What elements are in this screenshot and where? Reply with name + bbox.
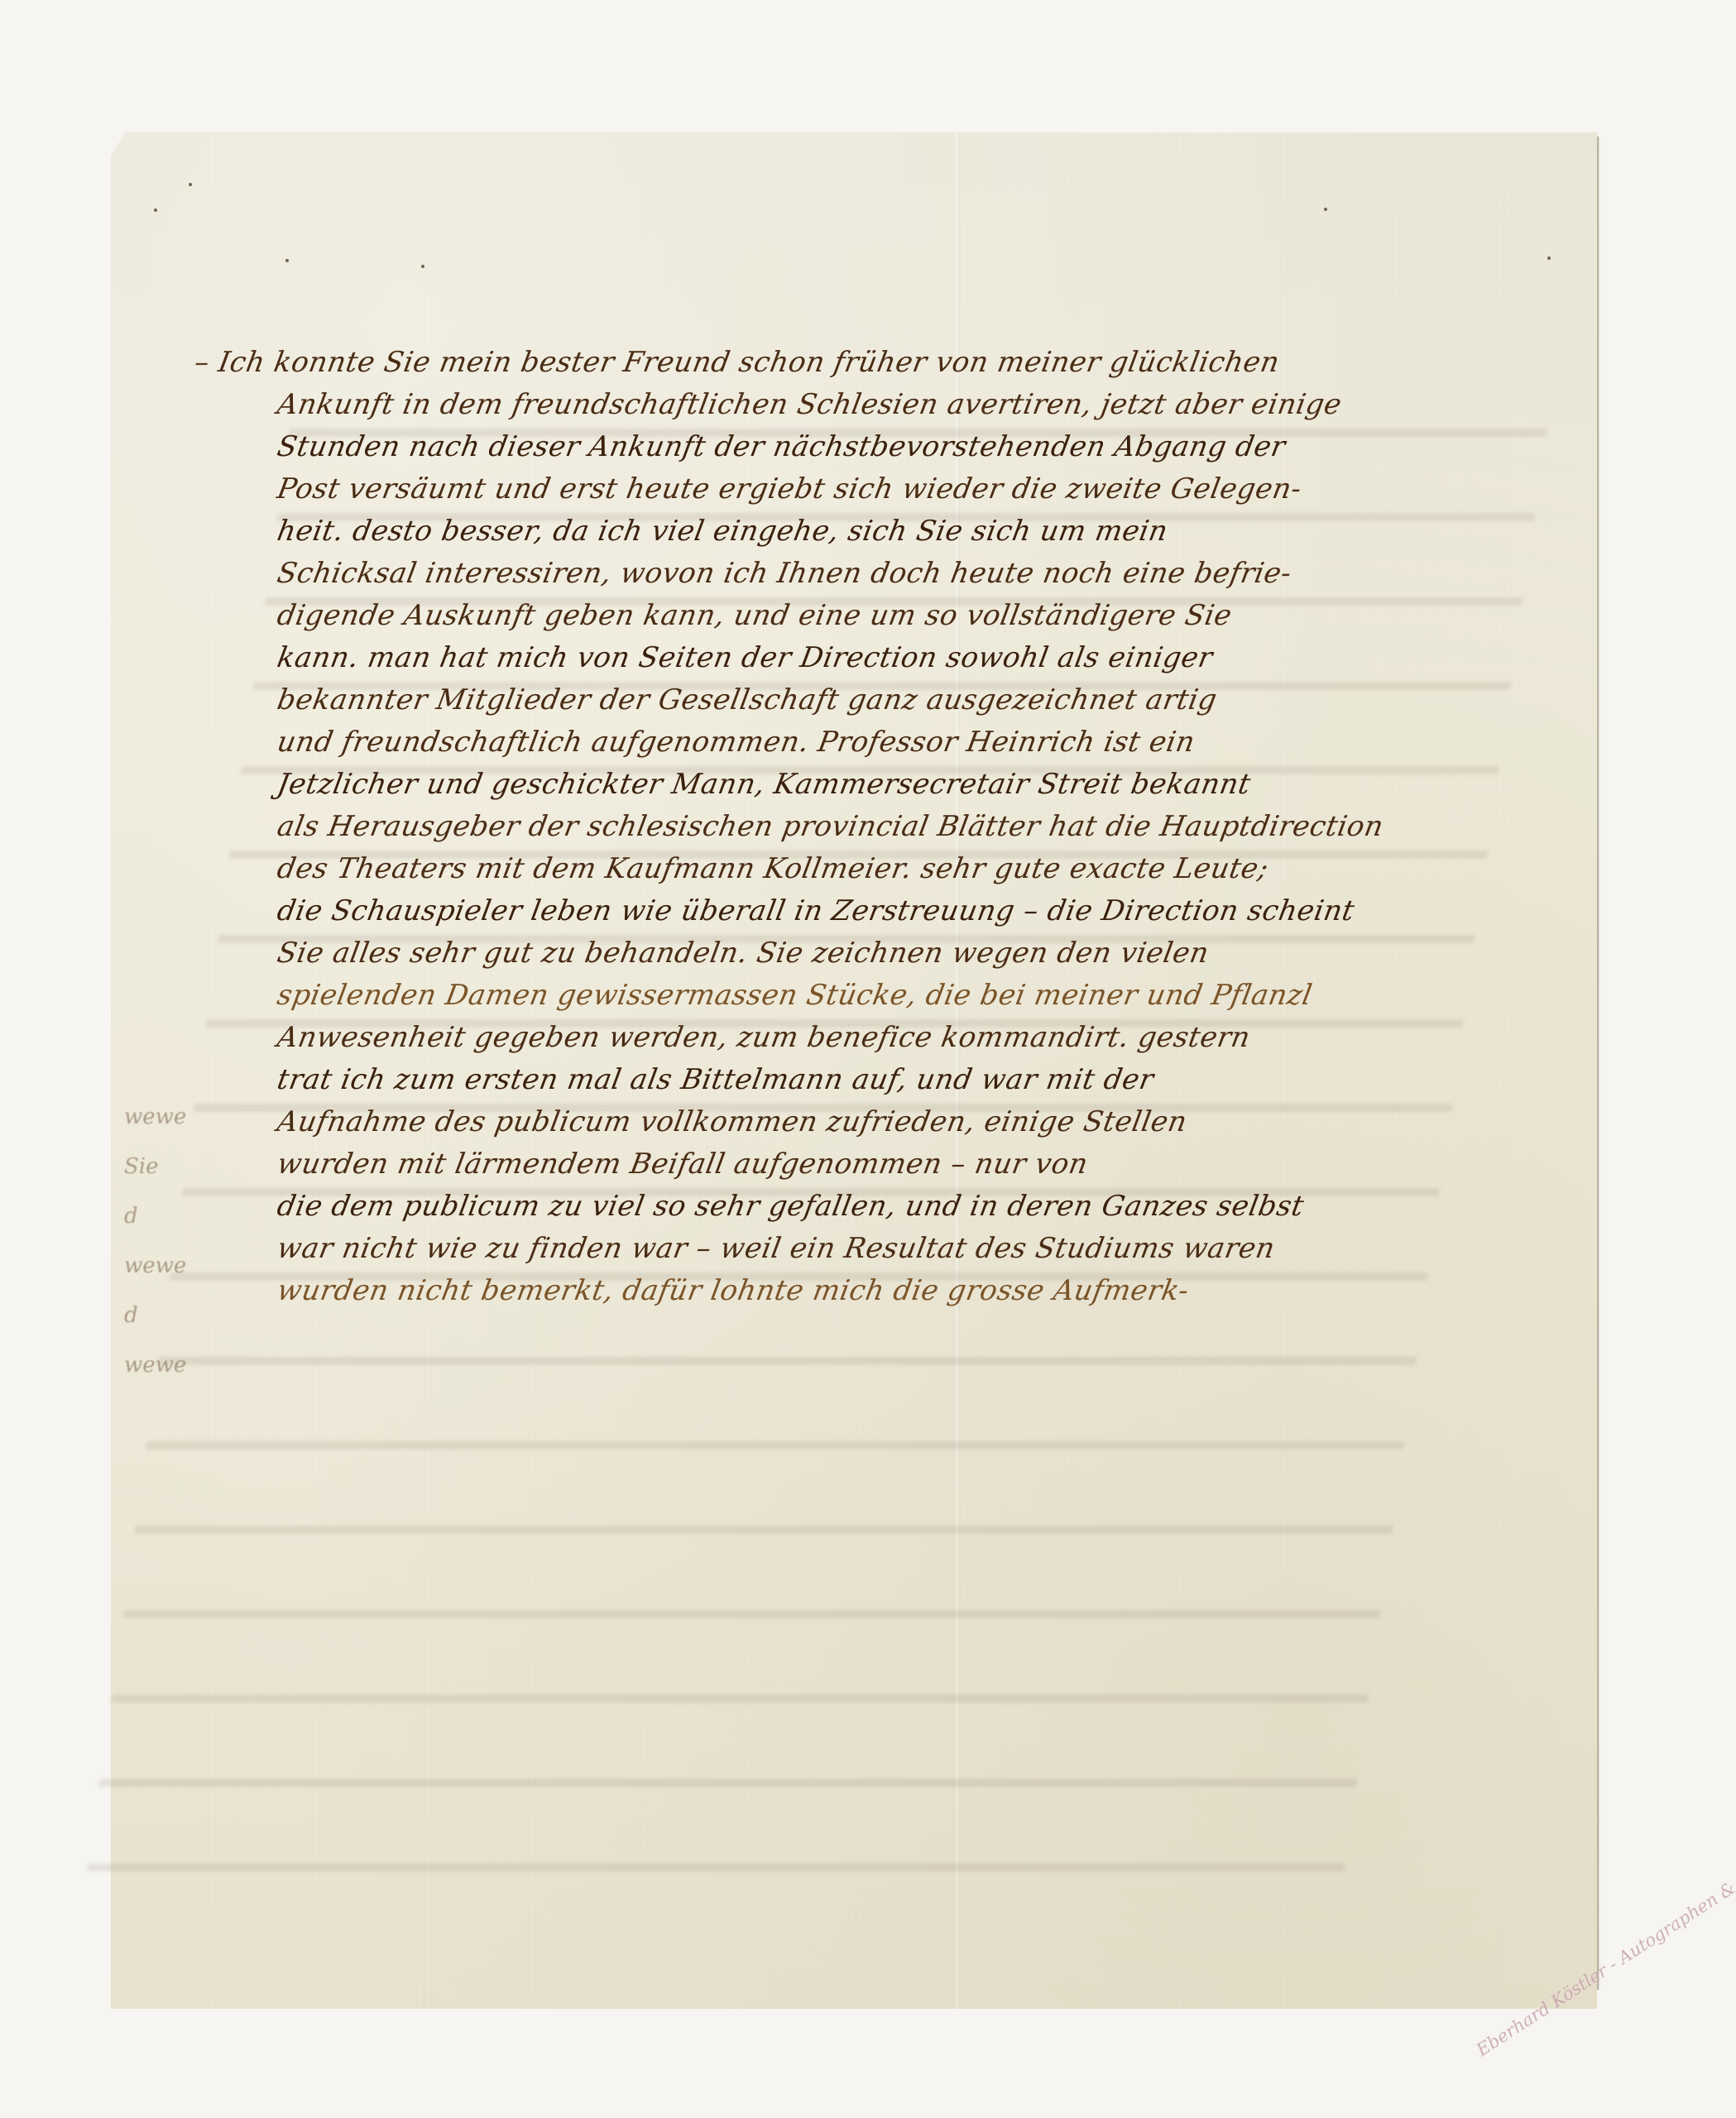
letter-line-text: Aufnahme des publicum vollkommen zufried… <box>275 1105 1190 1138</box>
letter-line-text: des Theaters mit dem Kaufmann Kollmeier.… <box>275 852 1271 885</box>
letter-line-text: trat ich zum ersten mal als Bittelmann a… <box>275 1063 1157 1096</box>
letter-line: spielenden Damen gewissermassen Stücke, … <box>273 979 1538 1021</box>
letter-line-text: die Schauspieler leben wie überall in Ze… <box>275 894 1357 927</box>
letter-line-text: als Herausgeber der schlesischen provinc… <box>275 810 1386 843</box>
margin-mark: Sie <box>124 1142 199 1191</box>
paper-speck <box>421 265 424 268</box>
letter-line-text: Ich konnte Sie mein bester Freund schon … <box>216 346 1283 379</box>
letter-line-text: spielenden Damen gewissermassen Stücke, … <box>275 979 1315 1012</box>
letter-line: Ankunft in dem freundschaftlichen Schles… <box>273 388 1538 430</box>
letter-line-text: digende Auskunft geben kann, und eine um… <box>275 599 1235 632</box>
letter-line-text: Post versäumt und erst heute ergiebt sic… <box>275 472 1304 506</box>
letter-line: wurden nicht bemerkt, dafür lohnte mich … <box>273 1274 1538 1316</box>
letter-line: kann. man hat mich von Seiten der Direct… <box>273 641 1538 683</box>
letter-line-text: kann. man hat mich von Seiten der Direct… <box>275 641 1216 674</box>
paper-speck <box>1324 208 1327 211</box>
paper-speck <box>285 259 289 262</box>
letter-line: Stunden nach dieser Ankunft der nächstbe… <box>273 430 1538 472</box>
letter-line: digende Auskunft geben kann, und eine um… <box>273 599 1538 641</box>
letter-line: Jetzlicher und geschickter Mann, Kammers… <box>273 768 1538 810</box>
letter-line: Anwesenheit gegeben werden, zum benefice… <box>273 1021 1538 1063</box>
letter-line: und freundschaftlich aufgenommen. Profes… <box>273 726 1538 768</box>
margin-bleed-marks: wewe Sie d wewe d wewe <box>124 1092 199 1878</box>
margin-mark: wewe <box>124 1241 199 1291</box>
letter-line-text: bekannter Mitglieder der Gesellschaft ga… <box>275 683 1220 716</box>
letter-line: bekannter Mitglieder der Gesellschaft ga… <box>273 683 1538 726</box>
margin-mark: d <box>124 1291 199 1340</box>
letter-line: als Herausgeber der schlesischen provinc… <box>273 810 1538 852</box>
letter-line-text: Sie alles sehr gut zu behandeln. Sie zei… <box>275 937 1211 970</box>
letter-line: Post versäumt und erst heute ergiebt sic… <box>273 472 1538 515</box>
letter-line: heit. desto besser, da ich viel eingehe,… <box>273 515 1538 557</box>
margin-mark: wewe <box>124 1340 199 1390</box>
letter-line: Schicksal interessiren, wovon ich Ihnen … <box>273 557 1538 599</box>
letter-line: wurden mit lärmendem Beifall aufgenommen… <box>273 1148 1538 1190</box>
paper-speck <box>1547 256 1551 260</box>
letter-line: war nicht wie zu finden war – weil ein R… <box>273 1232 1538 1274</box>
letter-line: Aufnahme des publicum vollkommen zufried… <box>273 1105 1538 1148</box>
letter-line: – Ich konnte Sie mein bester Freund scho… <box>190 346 1538 388</box>
margin-mark: wewe <box>124 1092 199 1142</box>
letter-line-text: Ankunft in dem freundschaftlichen Schles… <box>275 388 1345 421</box>
letter-line-text: heit. desto besser, da ich viel eingehe,… <box>275 515 1171 548</box>
letter-line-text: Stunden nach dieser Ankunft der nächstbe… <box>275 430 1288 463</box>
letter-line: des Theaters mit dem Kaufmann Kollmeier.… <box>273 852 1538 894</box>
letter-line-text: war nicht wie zu finden war – weil ein R… <box>275 1232 1278 1265</box>
letter-line-text: Anwesenheit gegeben werden, zum benefice… <box>275 1021 1253 1054</box>
letter-line-text: die dem publicum zu viel so sehr gefalle… <box>275 1190 1307 1223</box>
letter-line-text: wurden mit lärmendem Beifall aufgenommen… <box>275 1148 1091 1181</box>
letter-body: – Ich konnte Sie mein bester Freund scho… <box>273 346 1531 1316</box>
paper-speck <box>189 183 192 186</box>
letter-line: trat ich zum ersten mal als Bittelmann a… <box>273 1063 1538 1105</box>
letter-line-text: wurden nicht bemerkt, dafür lohnte mich … <box>275 1274 1192 1307</box>
letter-line: Sie alles sehr gut zu behandeln. Sie zei… <box>273 937 1538 979</box>
paper-speck <box>154 208 157 212</box>
letter-line-text: Jetzlicher und geschickter Mann, Kammers… <box>275 768 1254 801</box>
margin-mark: d <box>124 1191 199 1241</box>
letter-line: die dem publicum zu viel so sehr gefalle… <box>273 1190 1538 1232</box>
letter-line: die Schauspieler leben wie überall in Ze… <box>273 894 1538 937</box>
letter-line-text: Schicksal interessiren, wovon ich Ihnen … <box>275 557 1294 590</box>
letter-line-text: und freundschaftlich aufgenommen. Profes… <box>275 726 1197 759</box>
